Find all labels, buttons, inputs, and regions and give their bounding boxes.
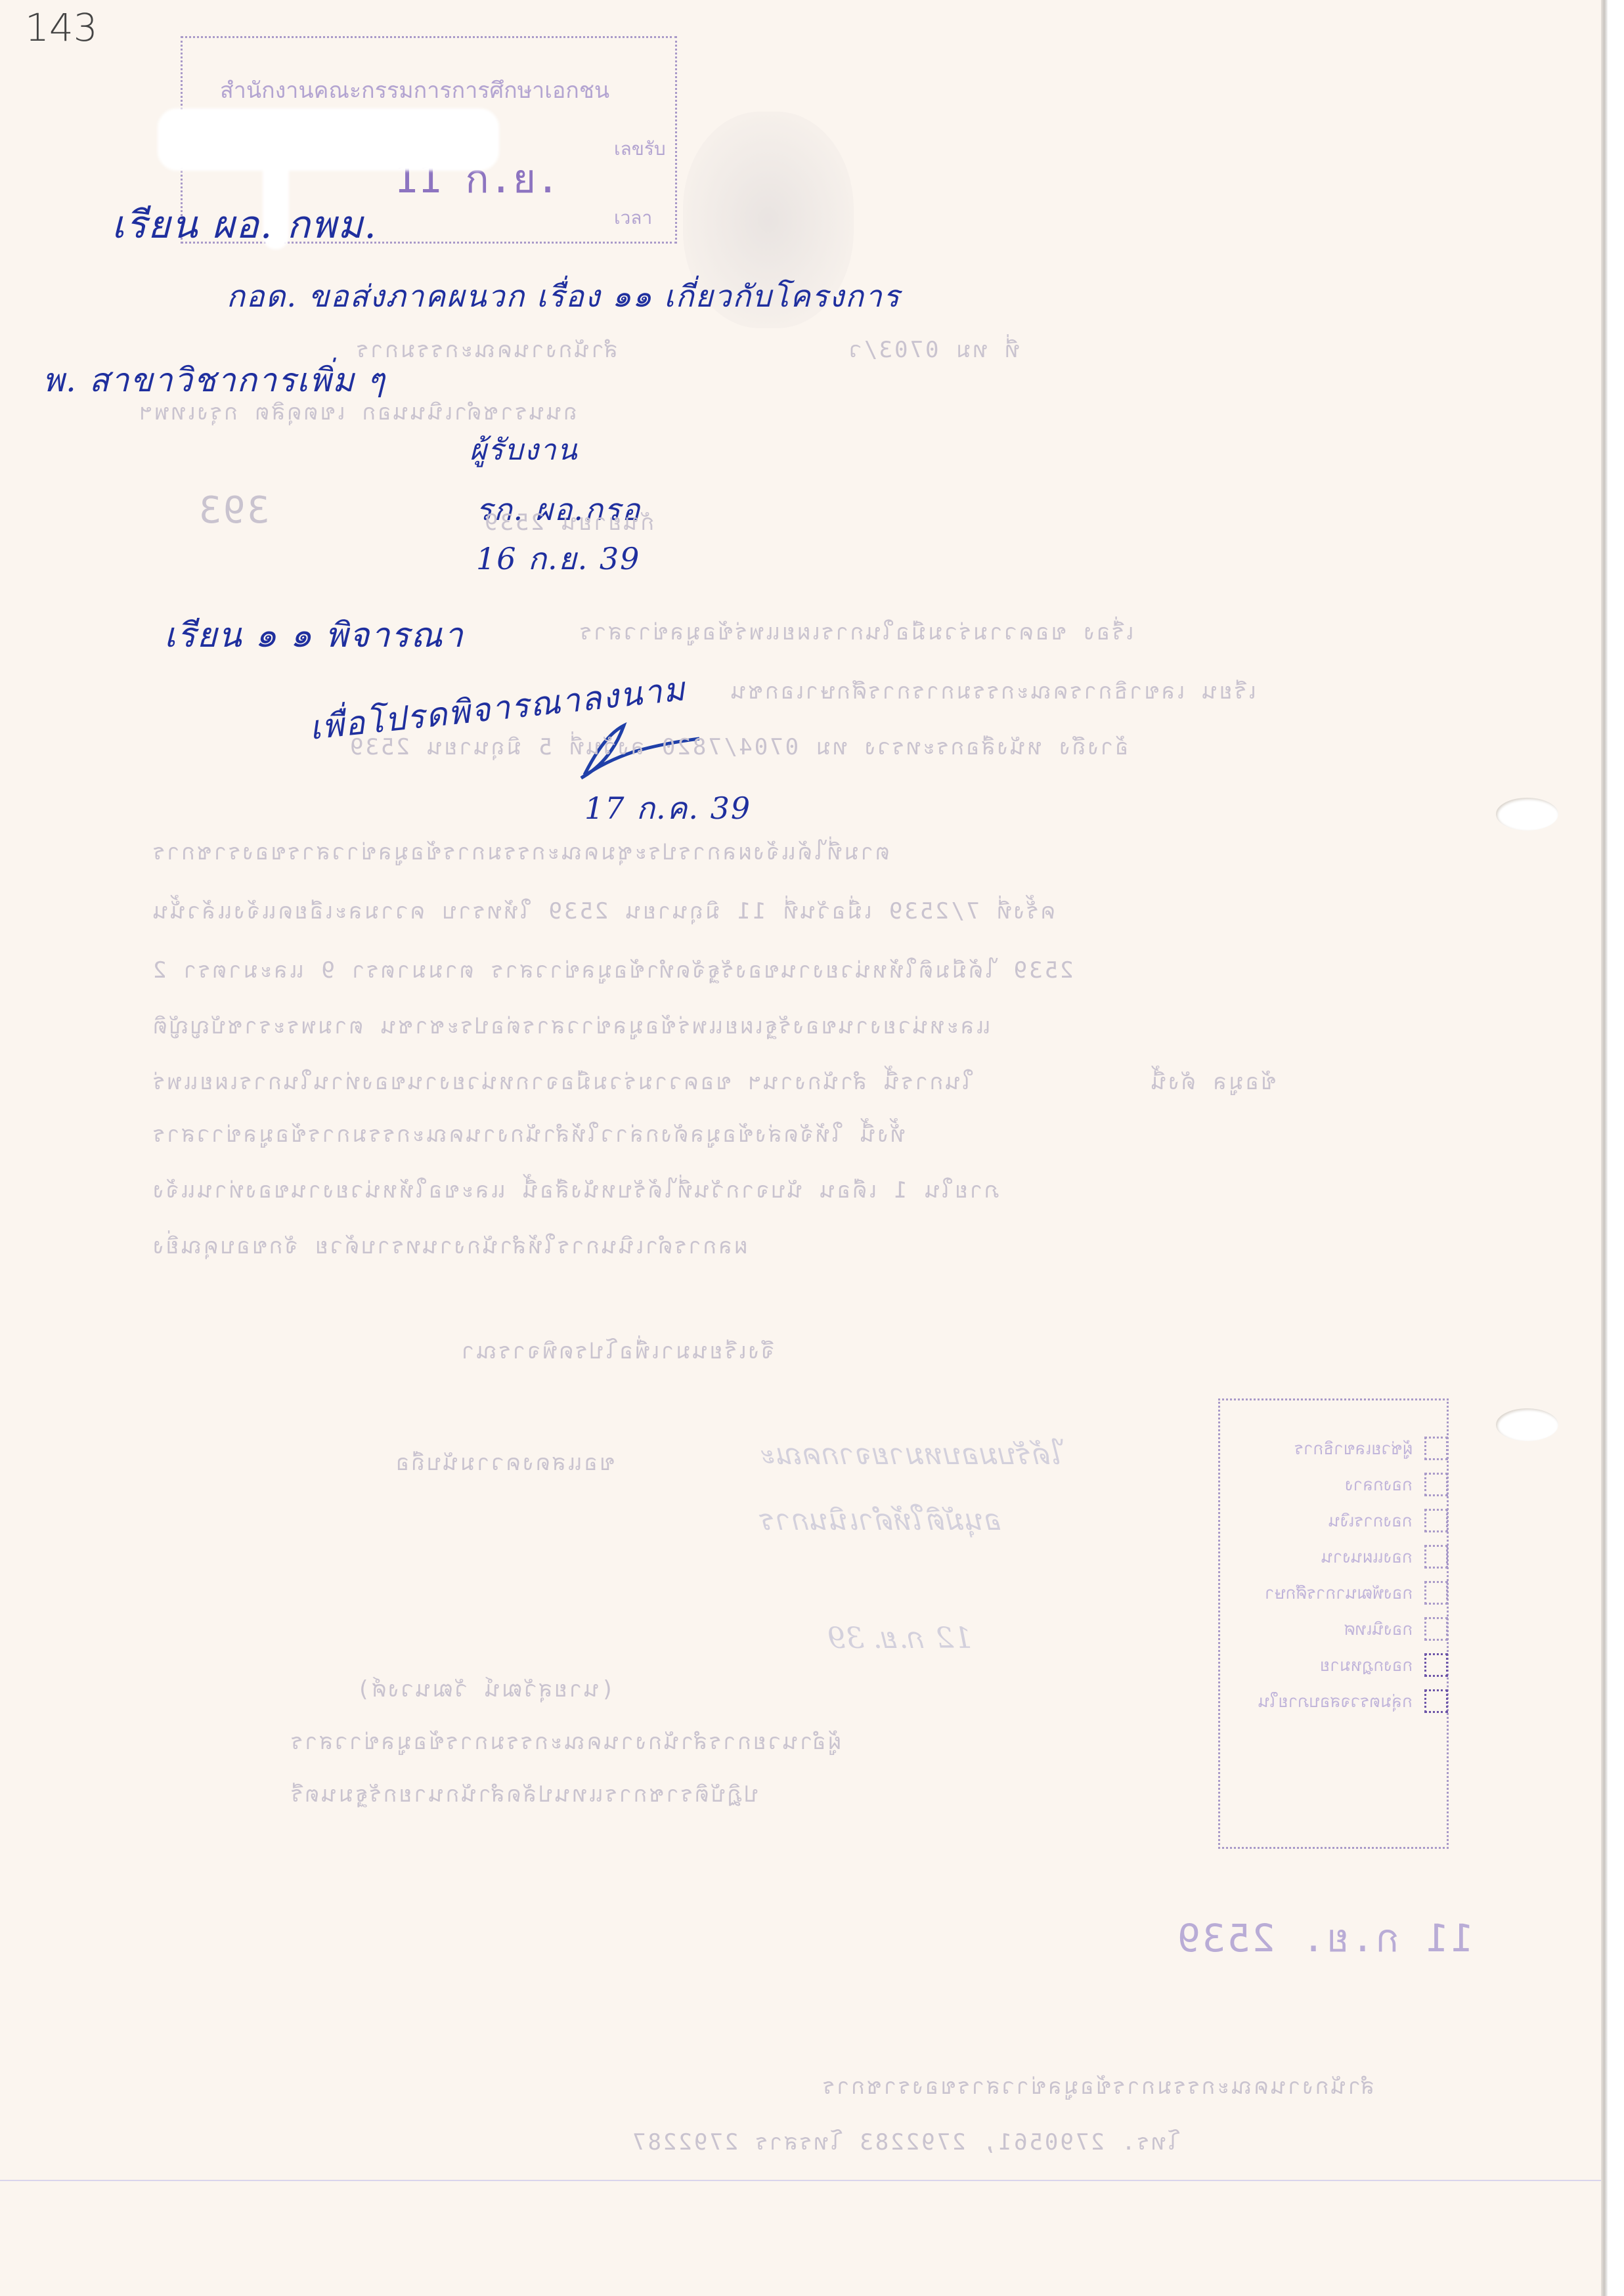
checkbox-icon [1424, 1437, 1448, 1460]
routing-item-label: กองกฎหมาย [1320, 1652, 1413, 1679]
checkbox-icon [1424, 1581, 1448, 1605]
document-page: 143 สำนักงานคณะกรรมการการศึกษาเอกชน เลขร… [0, 0, 1606, 2296]
bleed-agency-line1: สำนักงานคณะกรรมการ [355, 332, 618, 367]
routing-item-label: กองแผนงาน [1321, 1544, 1413, 1570]
handwritten-note-review: เรียน ๑ ๑ พิจารณา [164, 607, 464, 662]
handwritten-note-subject: กอด. ขอส่งภาคผนวก เรื่อง ๑๑ เกี่ยวกับโคร… [227, 272, 900, 320]
bleed-office-line: สำนักงานคณะกรรมการข้อมูลข่าวสารของราชการ [821, 2068, 1374, 2104]
bleed-body-line: ผลการดำเนินการให้สำนักงานทราบด้วย จักขอบ… [151, 1228, 747, 1263]
bleed-body-line: 2539 ได้มีมติให้หน่วยงานของรัฐจัดทำข้อมู… [151, 952, 1074, 987]
routing-item-label: กลุ่มตรวจสอบภายใน [1258, 1688, 1413, 1715]
bleed-subject: เรื่อง ขอความร่วมมือในการเผยแพร่ข้อมูลข่… [578, 614, 1133, 649]
bleed-body-line: ตามที่ได้แจ้งผลการประชุมคณะกรรมการข้อมูล… [151, 834, 890, 869]
routing-item: กองนิเทศ [1231, 1615, 1448, 1643]
bleed-to-line: เรียน เลขาธิการคณะกรรมการการศึกษาเอกชน [729, 673, 1256, 708]
bleed-body-line: ข้อมูล ดังนี้ [1149, 1064, 1276, 1099]
receipt-stamp-time-label: เวลา [614, 204, 652, 232]
routing-item: ผู้ช่วยเลขาธิการ [1231, 1435, 1448, 1462]
routing-item-label: กองการเงิน [1328, 1507, 1413, 1534]
page-edge [1601, 0, 1608, 2296]
checkbox-icon [1424, 1509, 1448, 1532]
bleed-agency-line2: ถนนราชดำเนินนอก เขตดุสิต กรุงเทพฯ [138, 394, 577, 429]
receipt-stamp-number-label: เลขรับ [614, 135, 666, 163]
bleed-pencil-note: อนุมัติให้ดำเนินการ [762, 1497, 1003, 1543]
handwritten-note-to: เรียน ผอ. กพม. [112, 194, 378, 255]
bleed-phone-line: โทร. 2790561, 2792283 โทรสาร 2792287 [630, 2124, 1180, 2159]
bleed-body-line: จึงเรียนมาเพื่อโปรดพิจารณา [460, 1333, 774, 1368]
bleed-header-ref: ที่ ทม 0703/ว [847, 332, 1020, 367]
handwritten-note-receiver: ผู้รับงาน [470, 427, 579, 473]
bottom-rule [0, 2180, 1602, 2181]
handwritten-note-date: 16 ก.ย. 39 [476, 535, 640, 583]
checkbox-icon [1424, 1545, 1448, 1569]
bleed-number-fragment: 393 [197, 489, 269, 532]
bleed-date-fragment: กันยายน 2539 [483, 504, 654, 540]
routing-item-label: กองพัฒนาการศึกษา [1265, 1580, 1413, 1607]
bleed-pencil-note: 12 ก.ย. 39 [827, 1615, 972, 1661]
bleed-closing: ขอแสดงความนับถือ [394, 1444, 615, 1480]
routing-item-label: กองนิเทศ [1344, 1616, 1413, 1643]
bleed-signer-name: (นายสุวัฒน์ วัฒนวงศ์) [355, 1671, 615, 1706]
bleed-ref-line: อ้างถึง หนังสือกระทรวง ทม 0704/7820 ลงวั… [348, 729, 1129, 764]
checkbox-icon [1424, 1617, 1448, 1641]
checkbox-icon [1424, 1689, 1448, 1713]
punch-hole-icon [1496, 798, 1558, 831]
routing-item-label: ผู้ช่วยเลขาธิการ [1294, 1435, 1413, 1462]
bleed-body-line: และหน่วยงานของรัฐเผยแพร่ข้อมูลข่าวสารต่อ… [151, 1008, 991, 1043]
bleed-body-line: ครั้งที่ 7/2539 เมื่อวันที่ 11 มิถุนายน … [151, 893, 1055, 928]
checkbox-icon [1424, 1653, 1448, 1677]
archive-number: 143 [25, 5, 98, 50]
punch-hole-icon [1496, 1408, 1558, 1441]
signature-date: 17 ก.ค. 39 [584, 785, 751, 833]
bleed-signer-title2: ปฏิบัติราชการแทนปลัดสำนักนายกรัฐมนตรี [289, 1776, 758, 1811]
bleed-body-line: ภายใน 1 เดือน นับจากวันที่ได้รับหนังสือน… [151, 1172, 999, 1207]
correction-fluid [158, 108, 499, 171]
routing-item: กองกฎหมาย [1231, 1651, 1448, 1679]
bleed-received-date-stamp: 11 ก.ย. 2539 [1175, 1907, 1474, 1968]
bleed-body-line: ในการนี้ สำนักงานฯ ขอความร่วมมือจากหน่วย… [151, 1064, 973, 1099]
bleed-body-line: ทั้งนี้ ให้จัดส่งข้อมูลดังกล่าวให้สำนักง… [151, 1116, 905, 1152]
checkbox-icon [1424, 1473, 1448, 1496]
routing-item: กองการเงิน [1231, 1507, 1448, 1534]
bleed-pencil-note: ได้รับมอบหมายจากคณะ [762, 1431, 1067, 1477]
bleed-signer-title1: ผู้อำนวยการสำนักงานคณะกรรมการข้อมูลข่าวส… [289, 1723, 841, 1759]
routing-item: กองกลาง [1231, 1471, 1448, 1498]
routing-item: กองแผนงาน [1231, 1543, 1448, 1570]
routing-item-label: กองกลาง [1345, 1471, 1413, 1498]
receipt-stamp-header: สำนักงานคณะกรรมการการศึกษาเอกชน [220, 72, 609, 108]
routing-item: กลุ่มตรวจสอบภายใน [1231, 1687, 1448, 1715]
routing-item: กองพัฒนาการศึกษา [1231, 1579, 1448, 1607]
